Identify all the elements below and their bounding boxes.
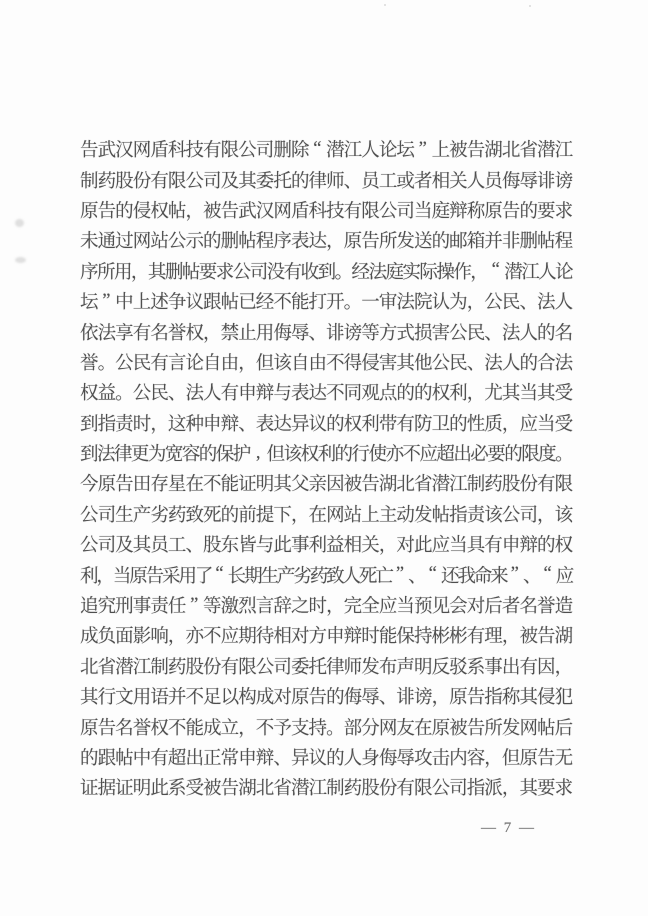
scanned-document-page: 告武汉网盾科技有限公司删除“潜江人论坛”上被告湖北省潜江 制药股份有限公司及其委… xyxy=(0,0,648,916)
text-line: 证据证明此系受被告湖北省潜江制药股份有限公司指派，其要求 xyxy=(80,772,572,802)
text-line: 原告的侵权帖，被告武汉网盾科技有限公司当庭辩称原告的要求 xyxy=(80,195,572,225)
text-line: 的跟帖中有超出正常申辩、异议的人身侮辱攻击内容，但原告无 xyxy=(80,742,572,772)
text-line: 序所用，其删帖要求公司没有收到。经法庭实际操作，“潜江人论 xyxy=(80,256,572,286)
text-line: 公司生产劣药致死的前提下，在网站上主动发帖指责该公司，该 xyxy=(80,499,572,529)
text-line: 公司及其员工、股东皆与此事利益相关，对此应当具有申辩的权 xyxy=(80,529,572,559)
text-line: 利，当原告采用了“长期生产劣药致人死亡”、“还我命来”、“应 xyxy=(80,559,572,589)
text-line: 成负面影响，亦不应期待相对方申辩时能保持彬彬有理，被告湖 xyxy=(80,620,572,650)
text-line: 誉。公民有言论自由，但该自由不得侵害其他公民、法人的合法 xyxy=(80,347,572,377)
text-line: 未通过网站公示的删帖程序表达，原告所发送的邮箱并非删帖程 xyxy=(80,225,572,255)
scan-speck xyxy=(529,5,531,7)
text-line: 告武汉网盾科技有限公司删除“潜江人论坛”上被告湖北省潜江 xyxy=(80,134,572,164)
body-text-block: 告武汉网盾科技有限公司删除“潜江人论坛”上被告湖北省潜江 制药股份有限公司及其委… xyxy=(80,134,572,803)
page-number: — 7 — xyxy=(481,820,536,837)
text-line: 到法律更为宽容的保护,但该权利的行使亦不应超出必要的限度。 xyxy=(80,438,572,468)
text-line: 原告名誉权不能成立，不予支持。部分网友在原被告所发网帖后 xyxy=(80,711,572,741)
text-line: 权益。公民、法人有申辩与表达不同观点的的权利，尤其当其受 xyxy=(80,377,572,407)
scan-smudge xyxy=(15,257,26,263)
text-line: 到指责时，这种申辩、表达异议的权利带有防卫的性质，应当受 xyxy=(80,408,572,438)
text-line: 其行文用语并不足以构成对原告的侮辱、诽谤，原告指称其侵犯 xyxy=(80,681,572,711)
text-line: 依法享有名誉权，禁止用侮辱、诽谤等方式损害公民、法人的名 xyxy=(80,316,572,346)
text-line: 制药股份有限公司及其委托的律师、员工或者相关人员侮辱诽谤 xyxy=(80,164,572,194)
scan-smudge xyxy=(15,219,24,227)
text-line: 今原告田存星在不能证明其父亲因被告湖北省潜江制药股份有限 xyxy=(80,468,572,498)
text-line: 北省潜江制药股份有限公司委托律师发布声明反驳系事出有因， xyxy=(80,651,572,681)
scan-speck xyxy=(384,4,386,6)
text-line: 追究刑事责任”等激烈言辞之时，完全应当预见会对后者名誉造 xyxy=(80,590,572,620)
text-line: 坛”中上述争议跟帖已经不能打开。一审法院认为，公民、法人 xyxy=(80,286,572,316)
